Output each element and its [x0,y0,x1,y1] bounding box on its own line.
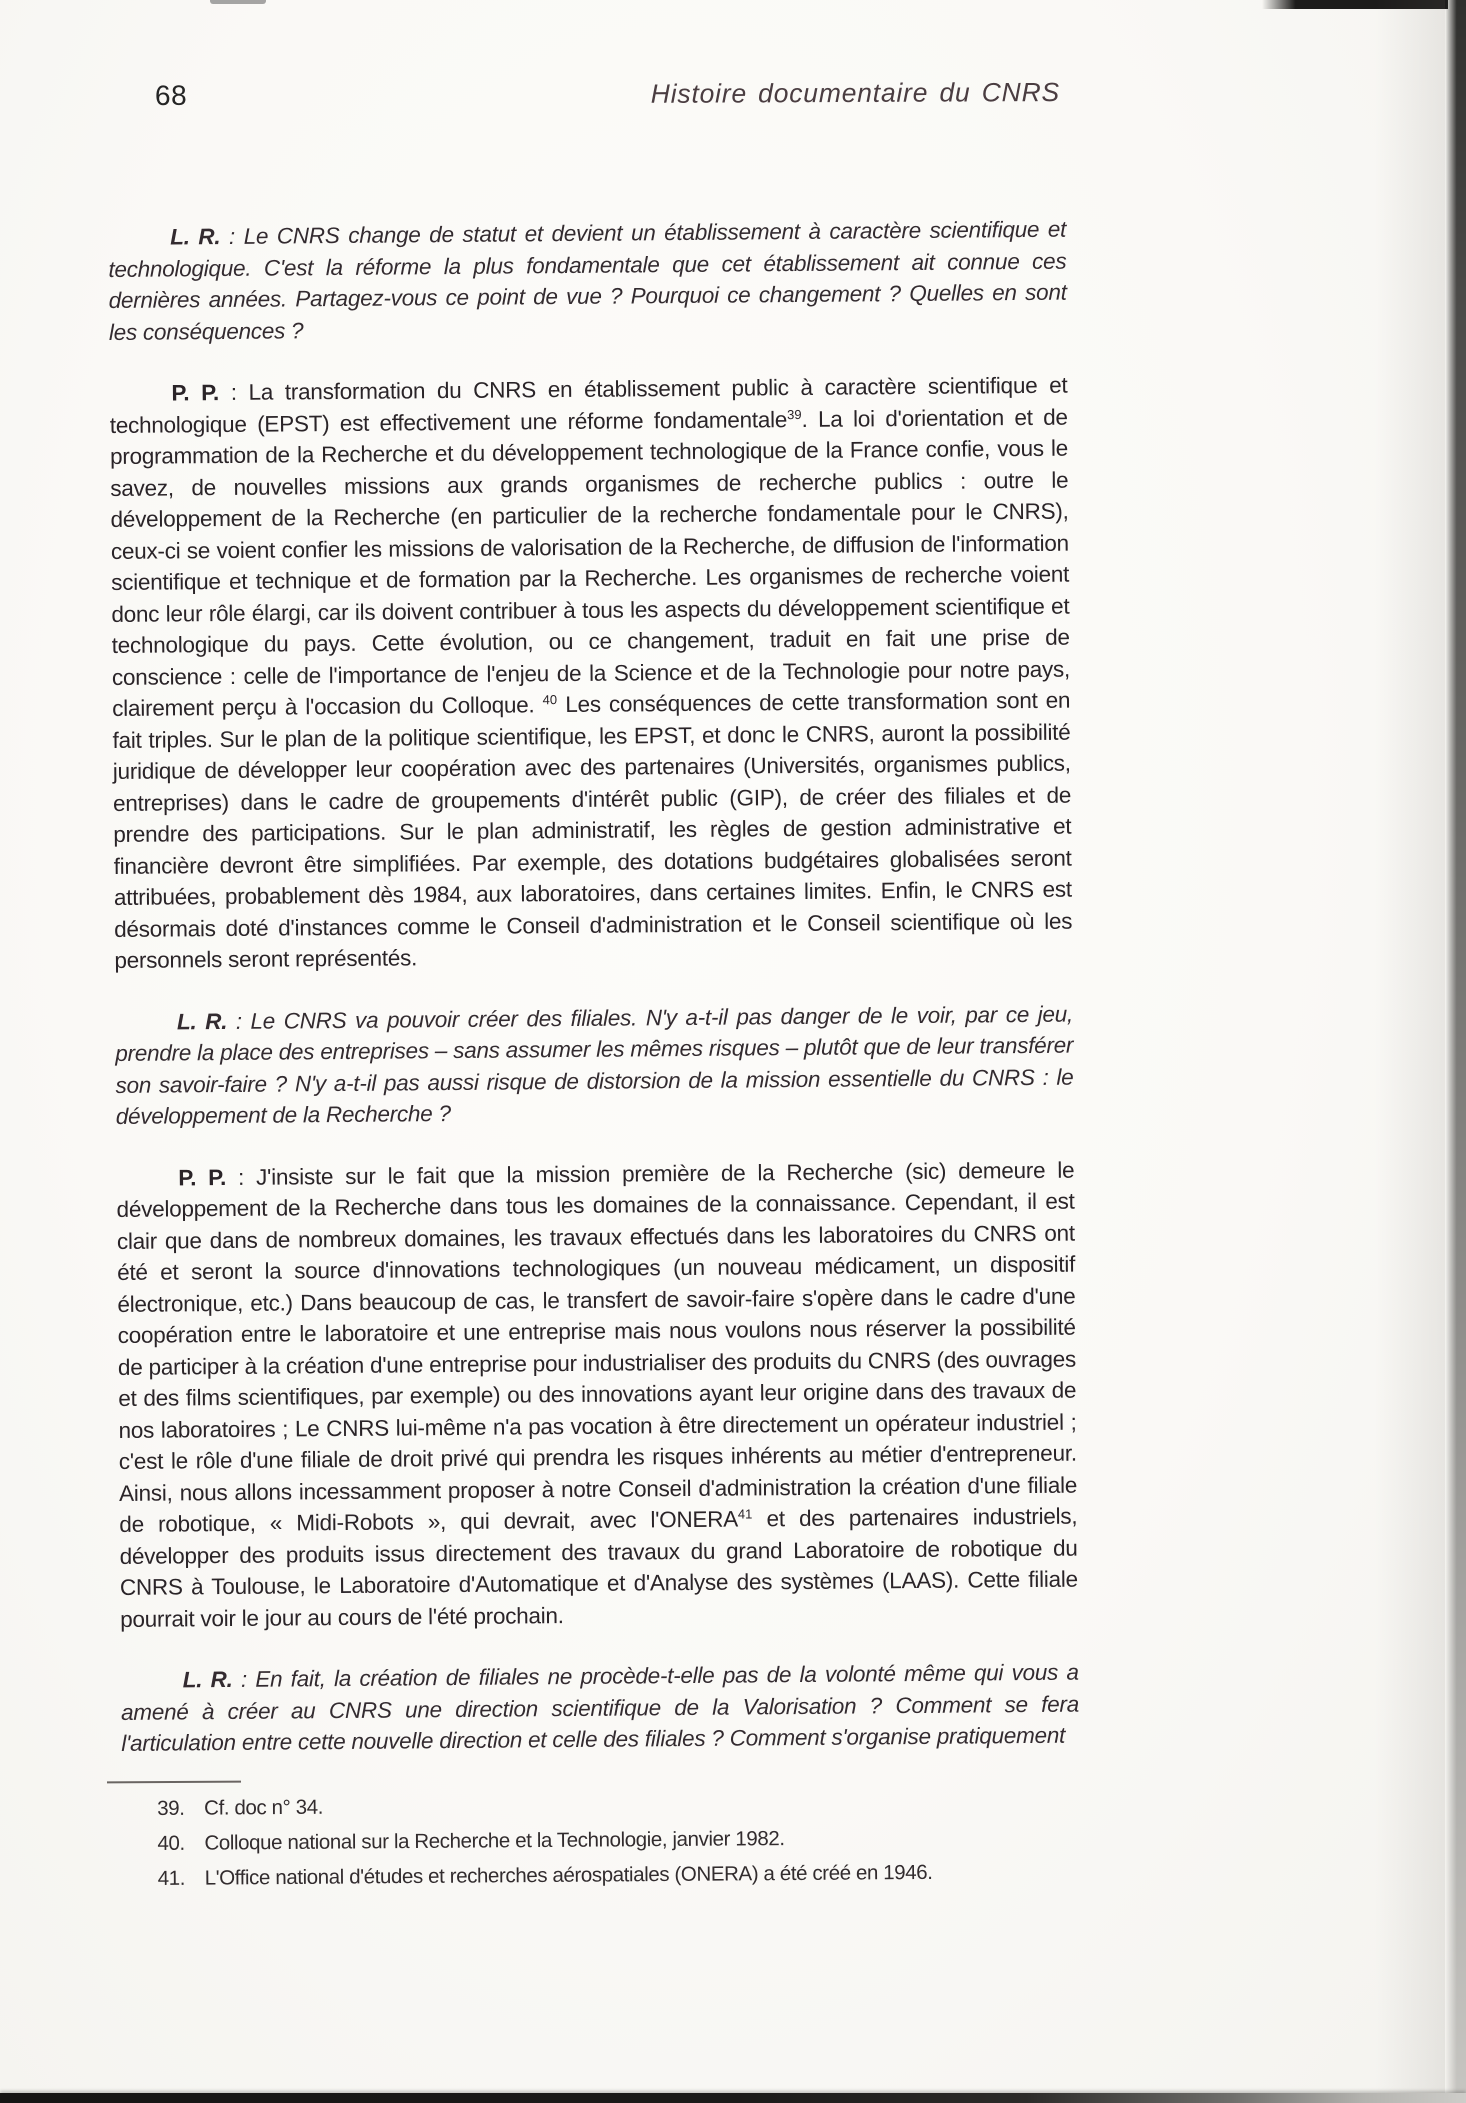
scan-bottom-bar [0,2093,1466,2103]
footnotes-list: 39.Cf. doc n° 34.40.Colloque national su… [157,1784,1018,1896]
speaker-label: P. P. [171,380,219,405]
footnote-text: L'Office national d'études et recherches… [205,1854,1018,1895]
speaker-label: L. R. [183,1667,233,1692]
interviewer-paragraph: L. R. : Le CNRS change de statut et devi… [108,214,1067,348]
speaker-label: P. P. [178,1165,226,1190]
footnote-row: 41.L'Office national d'études et recherc… [158,1854,1018,1896]
footnote-number: 40. [157,1826,204,1861]
scan-gutter-shade [1375,0,1445,2103]
scan-edge-shadow [1445,0,1466,2103]
interviewee-paragraph: P. P. : J'insiste sur le fait que la mis… [116,1154,1078,1635]
interview-body: L. R. : Le CNRS change de statut et devi… [108,214,1080,1790]
footnote-reference: 39 [787,406,802,421]
interviewer-paragraph: L. R. : En fait, la création de filiales… [121,1657,1080,1760]
interviewer-paragraph: L. R. : Le CNRS va pouvoir créer des fil… [115,998,1074,1132]
scan-top-smudge [210,0,266,4]
footnote-reference: 40 [543,692,558,707]
interviewee-paragraph: P. P. : La transformation du CNRS en éta… [109,370,1072,977]
page-header: 68 Histoire documentaire du CNRS [155,76,1060,112]
book-page: 68 Histoire documentaire du CNRS L. R. :… [0,0,1466,2103]
footnote-number: 41. [158,1861,205,1896]
footnote-number: 39. [157,1791,204,1826]
speaker-label: L. R. [177,1008,227,1033]
running-header-title: Histoire documentaire du CNRS [651,77,1060,110]
footnote-reference: 41 [738,1506,753,1521]
page-number: 68 [155,80,187,112]
speaker-label: L. R. [170,224,220,249]
